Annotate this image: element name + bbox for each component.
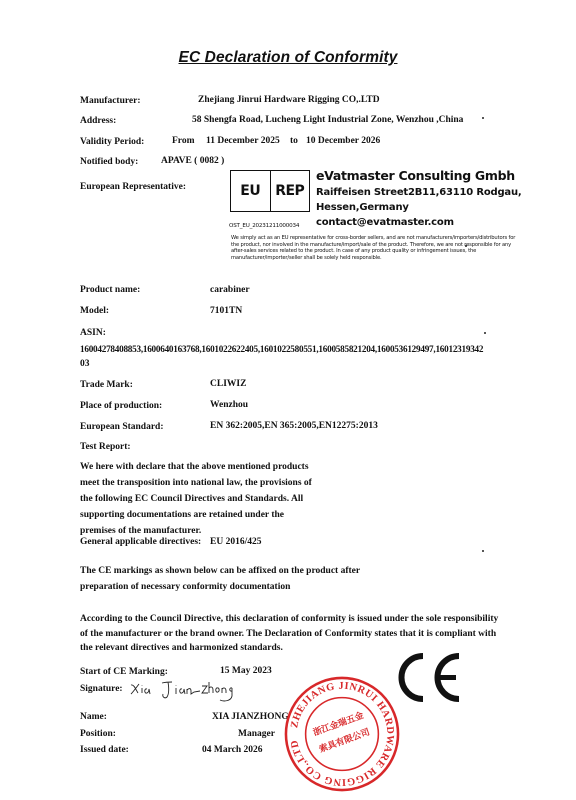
product-name-value: carabiner bbox=[210, 285, 250, 295]
eu-rep-label: European Representative: bbox=[80, 182, 186, 192]
validity-from: 11 December 2025 bbox=[206, 136, 280, 146]
validity-to: 10 December 2026 bbox=[306, 136, 380, 146]
place-value: Wenzhou bbox=[210, 400, 248, 410]
notified-body-value: APAVE ( 0082 ) bbox=[161, 156, 224, 166]
ce-mark-icon bbox=[393, 650, 468, 705]
rep-email: contact@evatmaster.com bbox=[316, 217, 454, 228]
rep-address-line2: Hessen,Germany bbox=[316, 202, 409, 213]
issued-label: Issued date: bbox=[80, 745, 129, 755]
stray-dot bbox=[482, 117, 484, 119]
stray-dot bbox=[465, 245, 467, 247]
address-value: 58 Shengfa Road, Lucheng Light Industria… bbox=[192, 115, 463, 125]
asin-line1: 16004278408853,1600640163768,16010226224… bbox=[80, 344, 483, 354]
place-label: Place of production: bbox=[80, 401, 162, 411]
eu-badge-text: EU bbox=[231, 171, 270, 211]
ce-marking-paragraph: The CE markings as shown below can be af… bbox=[80, 563, 360, 595]
council-directive-paragraph: According to the Council Directive, this… bbox=[80, 612, 500, 656]
company-stamp-icon: ZHEJIANG JINRUI HARDWARE RIGGING CO.,LTD… bbox=[283, 675, 401, 793]
model-label: Model: bbox=[80, 306, 109, 316]
product-name-label: Product name: bbox=[80, 285, 140, 295]
name-value: XIA JIANZHONG bbox=[212, 712, 289, 722]
declaration-paragraph: We here with declare that the above ment… bbox=[80, 459, 315, 539]
rep-address-line1: Raiffeisen Street2B11,63110 Rodgau, bbox=[316, 187, 522, 198]
rep-disclaimer: We simply act as an EU representative fo… bbox=[231, 235, 521, 261]
trademark-value: CLIWIZ bbox=[210, 379, 246, 389]
position-value: Manager bbox=[238, 729, 275, 739]
rep-badge-text: REP bbox=[270, 171, 310, 211]
directives-label: General applicable directives: bbox=[80, 537, 201, 547]
manufacturer-label: Manufacturer: bbox=[80, 96, 141, 106]
validity-label: Validity Period: bbox=[80, 137, 144, 147]
address-label: Address: bbox=[80, 116, 116, 126]
signature-label: Signature: bbox=[80, 684, 123, 694]
rep-company: eVatmaster Consulting Gmbh bbox=[316, 168, 515, 183]
position-label: Position: bbox=[80, 729, 116, 739]
signature-icon bbox=[128, 676, 238, 704]
standard-label: European Standard: bbox=[80, 422, 164, 432]
rep-registration-id: OST_EU_20231211000034 bbox=[229, 223, 299, 229]
validity-from-word: From bbox=[172, 136, 195, 146]
asin-line2: 03 bbox=[80, 359, 90, 369]
test-report-label: Test Report: bbox=[80, 442, 131, 452]
issued-value: 04 March 2026 bbox=[202, 745, 263, 755]
stray-dot bbox=[482, 550, 484, 552]
asin-label: ASIN: bbox=[80, 328, 106, 338]
notified-body-label: Notified body: bbox=[80, 157, 138, 167]
validity-to-word: to bbox=[290, 136, 298, 146]
eu-rep-badge: EU REP bbox=[230, 170, 310, 212]
name-label: Name: bbox=[80, 712, 107, 722]
start-ce-value: 15 May 2023 bbox=[220, 666, 272, 676]
directives-value: EU 2016/425 bbox=[210, 537, 261, 547]
model-value: 7101TN bbox=[210, 306, 242, 316]
manufacturer-value: Zhejiang Jinrui Hardware Rigging CO,.LTD bbox=[198, 95, 380, 105]
standard-value: EN 362:2005,EN 365:2005,EN12275:2013 bbox=[210, 421, 378, 431]
document-title: EC Declaration of Conformity bbox=[0, 49, 576, 67]
stray-dot bbox=[484, 332, 486, 334]
trademark-label: Trade Mark: bbox=[80, 380, 133, 390]
